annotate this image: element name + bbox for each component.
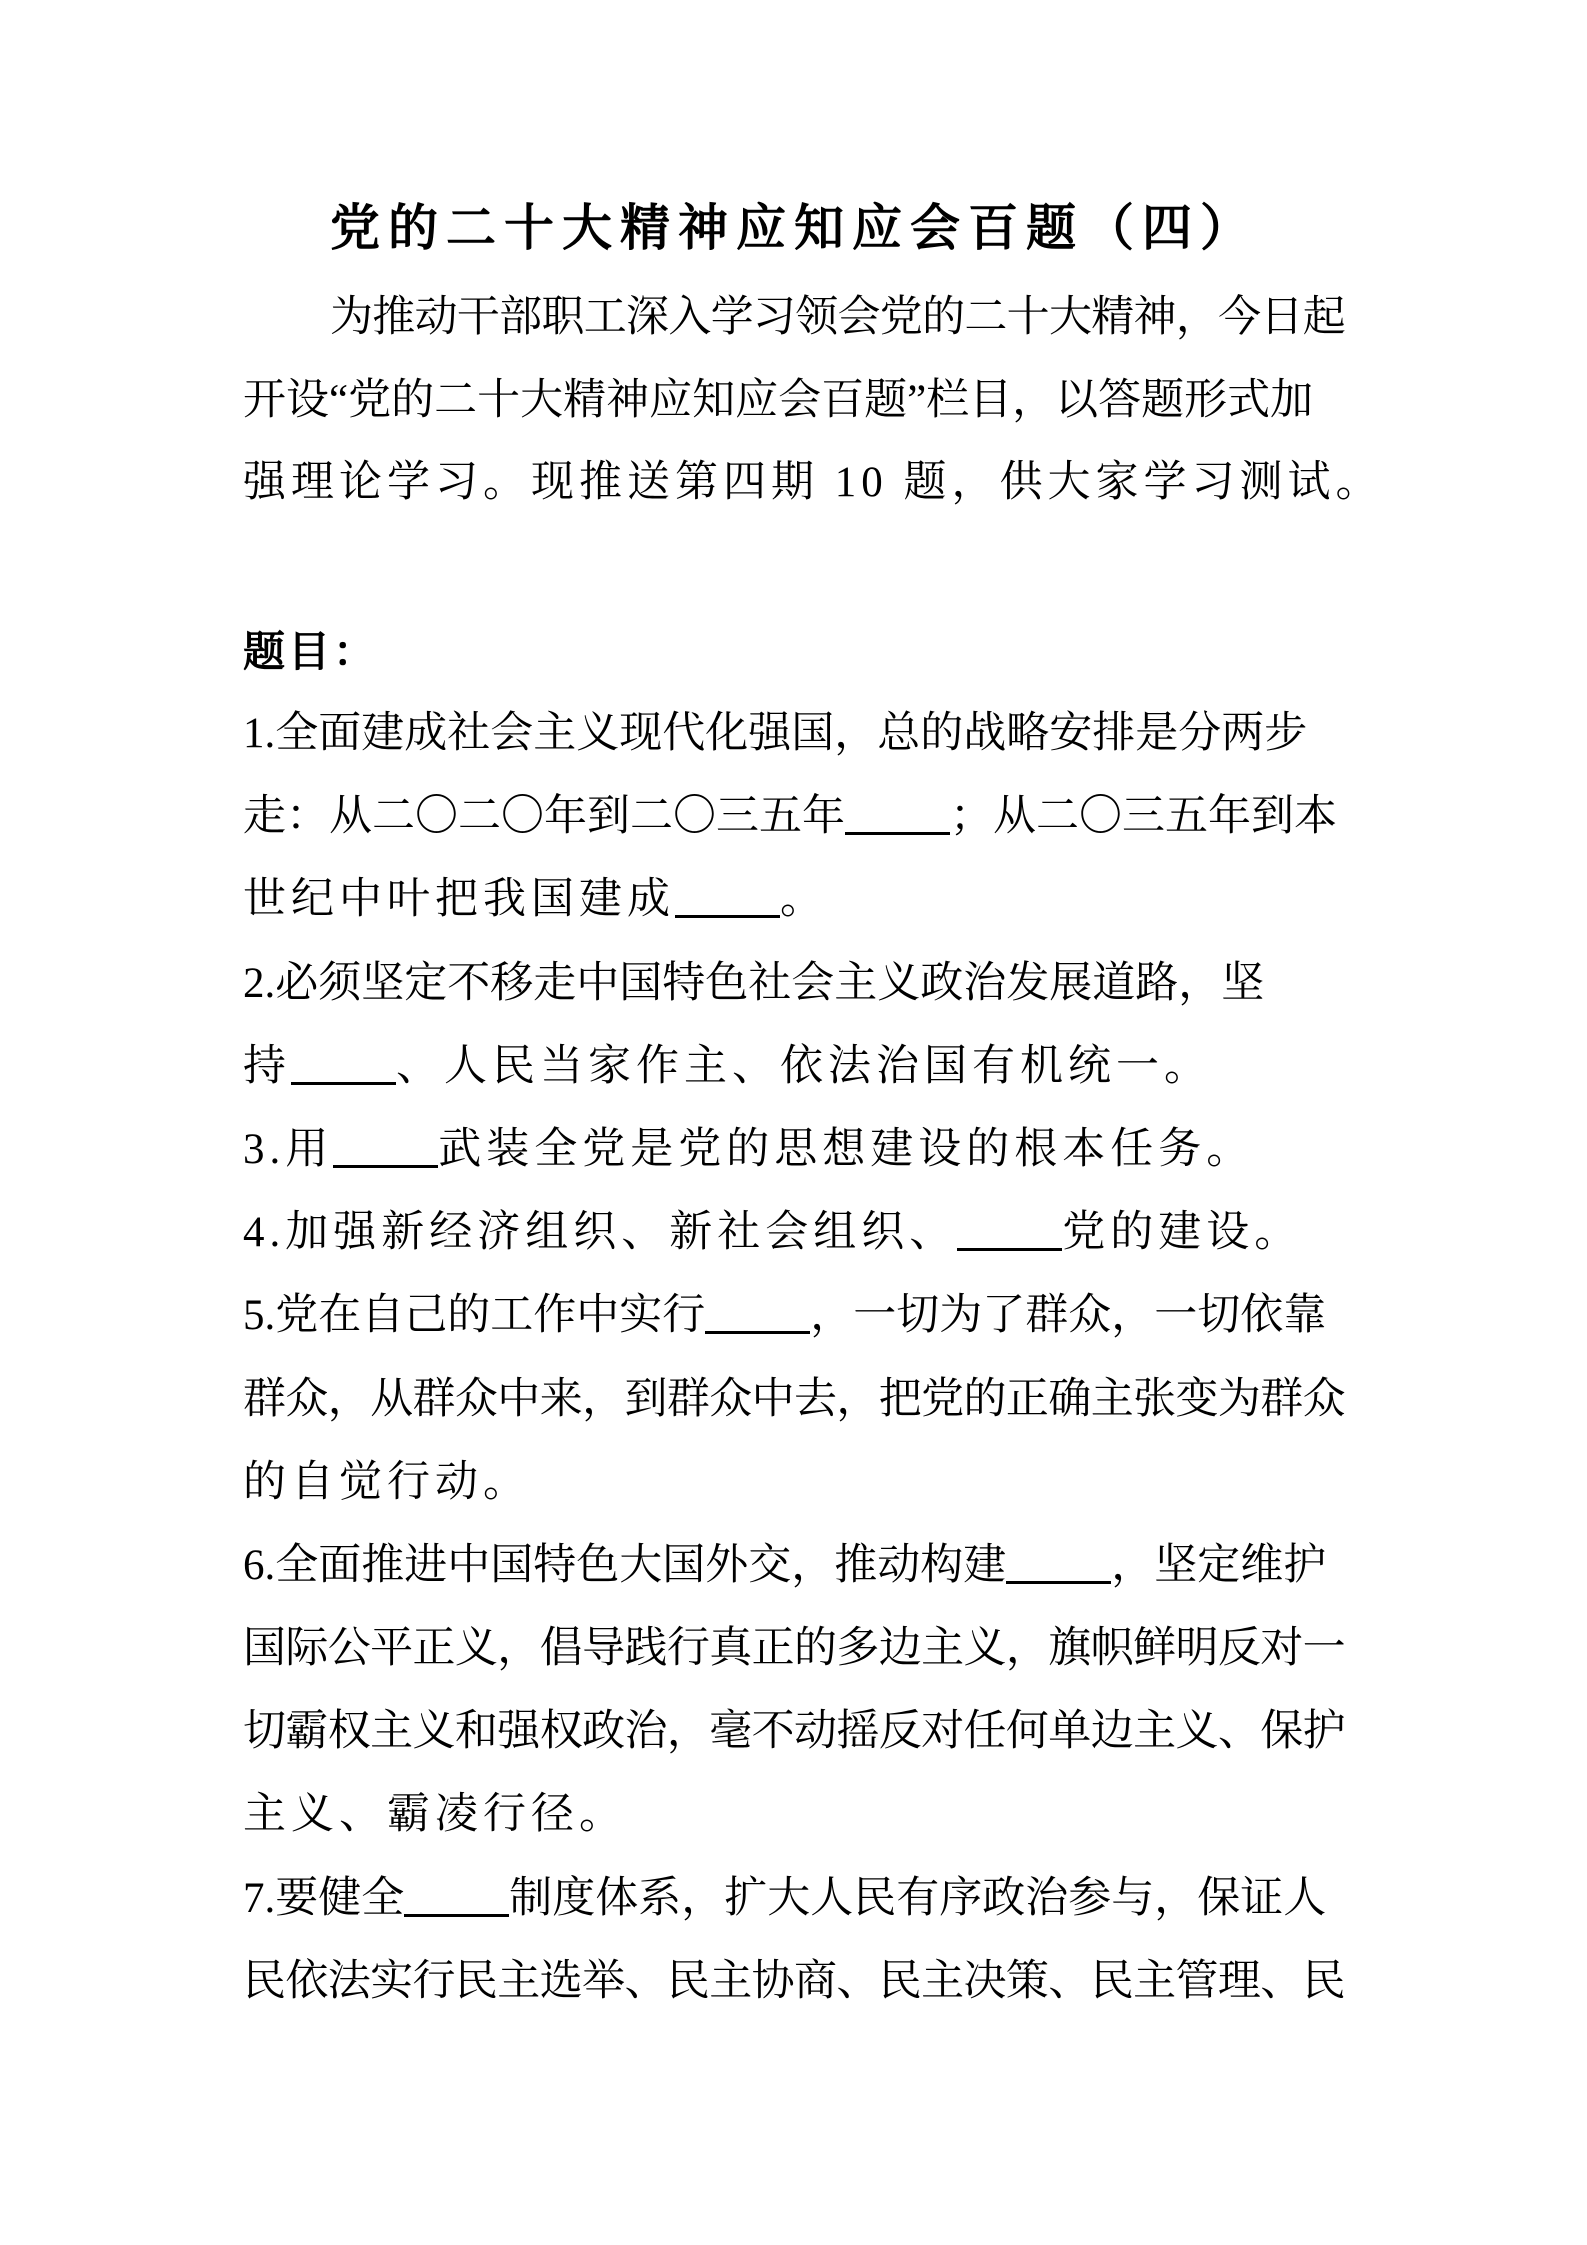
line-text: 切霸权主义和强权政治，毫不动摇反对任何单边主义、保护 (243, 1708, 1345, 1755)
document-page: 党的二十大精神应知应会百题（四） 为推动干部职工深入学习领会党的二十大精神，今日… (0, 0, 1587, 2245)
text-line: 为推动干部职工深入学习领会党的二十大精神，今日起 (243, 277, 1345, 360)
answer-blank (705, 1295, 810, 1334)
text-line: 民依法实行民主选举、民主协商、民主决策、民主管理、民 (243, 1940, 1345, 2023)
line-text: 群众，从群众中来，到群众中去，把党的正确主张变为群众 (243, 1376, 1345, 1423)
line-text: 世纪中叶把我国建成 (243, 876, 675, 923)
text-line: 主义、霸凌行径。 (243, 1773, 1345, 1856)
line-text: 开设“党的二十大精神应知应会百题”栏目，以答题形式加 (243, 377, 1313, 424)
line-text: 为推动干部职工深入学习领会党的二十大精神，今日起 (330, 294, 1345, 341)
text-line: 5.党在自己的工作中实行，一切为了群众，一切依靠 (243, 1274, 1345, 1357)
line-text: ，一切为了群众，一切依靠 (810, 1292, 1326, 1339)
text-line: 7.要健全制度体系，扩大人民有序政治参与，保证人 (243, 1857, 1345, 1940)
text-line: 2.必须坚定不移走中国特色社会主义政治发展道路，坚 (243, 942, 1345, 1025)
answer-blank (1006, 1545, 1111, 1584)
line-text: 4.加强新经济组织、新社会组织、 (243, 1209, 957, 1256)
line-text: 。 (780, 876, 828, 923)
line-text: 2.必须坚定不移走中国特色社会主义政治发展道路，坚 (243, 960, 1264, 1007)
intro-paragraph: 为推动干部职工深入学习领会党的二十大精神，今日起开设“党的二十大精神应知应会百题… (243, 277, 1345, 525)
text-line: 切霸权主义和强权政治，毫不动摇反对任何单边主义、保护 (243, 1690, 1345, 1773)
answer-blank (333, 1129, 438, 1168)
line-text: 5.党在自己的工作中实行 (243, 1292, 705, 1339)
text-line: 4.加强新经济组织、新社会组织、党的建设。 (243, 1191, 1345, 1274)
text-line: 开设“党的二十大精神应知应会百题”栏目，以答题形式加 (243, 360, 1345, 443)
document-title: 党的二十大精神应知应会百题（四） (243, 195, 1345, 261)
line-text: 党的建设。 (1062, 1209, 1302, 1256)
text-line: 群众，从群众中来，到群众中去，把党的正确主张变为群众 (243, 1358, 1345, 1441)
text-line: 6.全面推进中国特色大国外交，推动构建，坚定维护 (243, 1524, 1345, 1607)
line-text: 武装全党是党的思想建设的根本任务。 (438, 1126, 1254, 1173)
text-line: 走：从二〇二〇年到二〇三五年；从二〇三五年到本 (243, 775, 1345, 858)
line-text: 强理论学习。现推送第四期 10 题，供大家学习测试。 (243, 459, 1384, 506)
line-text: 6.全面推进中国特色大国外交，推动构建 (243, 1542, 1006, 1589)
text-line: 3.用武装全党是党的思想建设的根本任务。 (243, 1108, 1345, 1191)
line-text: 1.全面建成社会主义现代化强国，总的战略安排是分两步 (243, 710, 1307, 757)
text-line: 强理论学习。现推送第四期 10 题，供大家学习测试。 (243, 442, 1345, 525)
answer-blank (845, 796, 950, 835)
line-text: ，坚定维护 (1111, 1542, 1326, 1589)
line-text: 7.要健全 (243, 1875, 404, 1922)
line-text: 主义、霸凌行径。 (243, 1791, 627, 1838)
answer-blank (957, 1212, 1062, 1251)
text-line: 的自觉行动。 (243, 1441, 1345, 1524)
answer-blank (291, 1046, 396, 1085)
line-text: 制度体系，扩大人民有序政治参与，保证人 (509, 1875, 1326, 1922)
line-text: 、人民当家作主、依法治国有机统一。 (396, 1043, 1212, 1090)
questions-list: 1.全面建成社会主义现代化强国，总的战略安排是分两步走：从二〇二〇年到二〇三五年… (243, 692, 1345, 2023)
line-text: 3.用 (243, 1126, 333, 1173)
answer-blank (404, 1878, 509, 1917)
answer-blank (675, 879, 780, 918)
text-line: 1.全面建成社会主义现代化强国，总的战略安排是分两步 (243, 692, 1345, 775)
line-text: 民依法实行民主选举、民主协商、民主决策、民主管理、民 (243, 1958, 1345, 2005)
questions-heading: 题目： (243, 610, 1345, 693)
text-line: 国际公平正义，倡导践行真正的多边主义，旗帜鲜明反对一 (243, 1607, 1345, 1690)
line-text: 走：从二〇二〇年到二〇三五年 (243, 793, 845, 840)
line-text: ；从二〇三五年到本 (950, 793, 1337, 840)
text-line: 持、人民当家作主、依法治国有机统一。 (243, 1025, 1345, 1108)
text-line: 世纪中叶把我国建成。 (243, 858, 1345, 941)
line-text: 国际公平正义，倡导践行真正的多边主义，旗帜鲜明反对一 (243, 1625, 1345, 1672)
line-text: 持 (243, 1043, 291, 1090)
line-text: 的自觉行动。 (243, 1459, 531, 1506)
